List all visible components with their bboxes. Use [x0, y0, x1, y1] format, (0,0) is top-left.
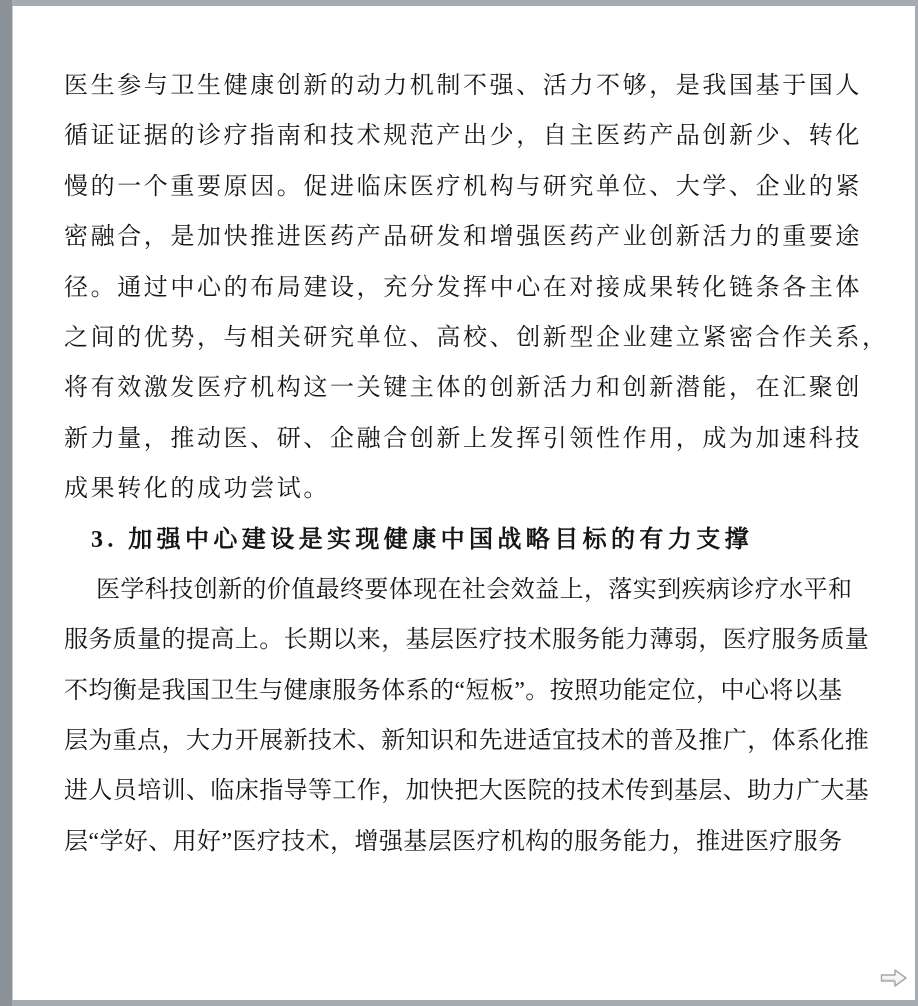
text-line: 3. 加强中心建设是实现健康中国战略目标的有力支撑: [64, 515, 874, 565]
paragraph: 医学科技创新的价值最终要体现在社会效益上，落实到疾病诊疗水平和服务质量的提高上。…: [64, 565, 874, 867]
text-line: 密融合，是加快推进医药产品研发和增强医药产业创新活力的重要途: [64, 212, 874, 262]
text-line: 层为重点，大力开展新技术、新知识和先进适宜技术的普及推广，体系化推: [64, 716, 874, 766]
viewer-left-margin: [0, 0, 12, 1006]
text-line: 层“学好、用好”医疗技术，增强基层医疗机构的服务能力，推进医疗服务: [64, 817, 874, 867]
text-line: 成果转化的成功尝试。: [64, 464, 874, 514]
paragraph: 医生参与卫生健康创新的动力机制不强、活力不够，是我国基于国人循证证据的诊疗指南和…: [64, 61, 874, 515]
text-line: 医学科技创新的价值最终要体现在社会效益上，落实到疾病诊疗水平和: [64, 565, 874, 615]
text-line: 径。通过中心的布局建设，充分发挥中心在对接成果转化链条各主体: [64, 263, 874, 313]
next-page-arrow-icon[interactable]: [879, 967, 909, 990]
text-line: 服务质量的提高上。长期以来，基层医疗技术服务能力薄弱，医疗服务质量: [64, 615, 874, 665]
text-line: 不均衡是我国卫生与健康服务体系的“短板”。按照功能定位，中心将以基: [64, 666, 874, 716]
text-line: 循证证据的诊疗指南和技术规范产出少，自主医药产品创新少、转化: [64, 111, 874, 161]
text-line: 慢的一个重要原因。促进临床医疗机构与研究单位、大学、企业的紧: [64, 162, 874, 212]
text-line: 医生参与卫生健康创新的动力机制不强、活力不够，是我国基于国人: [64, 61, 874, 111]
document-text: 医生参与卫生健康创新的动力机制不强、活力不够，是我国基于国人循证证据的诊疗指南和…: [64, 61, 874, 867]
text-line: 将有效激发医疗机构这一关键主体的创新活力和创新潜能，在汇聚创: [64, 363, 874, 413]
text-line: 进人员培训、临床指导等工作，加快把大医院的技术传到基层、助力广大基: [64, 766, 874, 816]
text-line: 新力量，推动医、研、企融合创新上发挥引领性作用，成为加速科技: [64, 414, 874, 464]
section-heading: 3. 加强中心建设是实现健康中国战略目标的有力支撑: [64, 515, 874, 565]
document-page: 医生参与卫生健康创新的动力机制不强、活力不够，是我国基于国人循证证据的诊疗指南和…: [12, 6, 915, 1000]
text-line: 之间的优势，与相关研究单位、高校、创新型企业建立紧密合作关系，: [64, 313, 874, 363]
